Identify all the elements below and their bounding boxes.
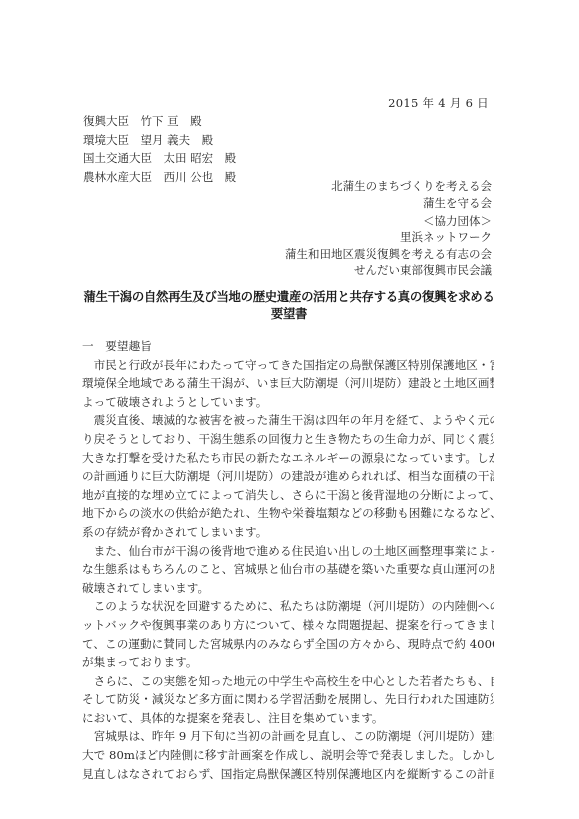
title-line-2: 要望書: [82, 305, 496, 322]
addressee-environment-minister: 環境大臣 望月 義夫 殿: [83, 131, 236, 150]
paragraph: 震災直後、壊滅的な被害を被った蒲生干潟は四年の年月を経て、ようやく元の自然を取 …: [82, 411, 494, 541]
cooperation-label: ＜協力団体＞: [285, 213, 492, 230]
paragraph-line: て、この運動に賛同した宮城県内のみならず全国の方々から、現時点で約 4000 名…: [82, 635, 494, 654]
paragraph-line: 市民と行政が長年にわたって守ってきた国指定の鳥獣保護区特別保護地区・宮城県自然: [82, 356, 494, 375]
cooperating-organization: せんだい東部復興市民会議: [285, 262, 492, 279]
paragraph: また、仙台市が干潟の後背地で進める住民追い出しの土地区画整理事業によって、貴重 …: [82, 542, 494, 598]
addressee-land-transport-minister: 国土交通大臣 太田 昭宏 殿: [83, 149, 236, 168]
paragraph-line: 見直しはなされておらず、国指定鳥獣保護区特別保護地区内を縦断するこの計画案では事: [82, 765, 494, 784]
paragraph-line: 大で 80mほど内陸側に移す計画案を作成し、説明会等で発表しました。しかし、根本…: [82, 746, 494, 765]
addressee-agriculture-minister: 農林水産大臣 西川 公也 殿: [83, 168, 236, 187]
cooperating-organization: 里浜ネットワーク: [285, 229, 492, 246]
paragraph-line: ットバックや復興事業のあり方について、様々な問題提起、提案を行ってきました。そし: [82, 616, 494, 635]
paragraph-line: さらに、この実態を知った地元の中学生や高校生を中心とした若者たちも、自然や歴史、: [82, 672, 494, 691]
cooperating-organization: 蒲生和田地区震災復興を考える有志の会: [285, 246, 492, 263]
addressee-list: 復興大臣 竹下 亘 殿 環境大臣 望月 義夫 殿 国土交通大臣 太田 昭宏 殿 …: [83, 112, 236, 186]
document-date: 2015 年 4 月 6 日: [388, 95, 489, 111]
paragraph-line: 破壊されてしまいます。: [82, 579, 494, 598]
paragraph: 宮城県は、昨年 9 月下旬に当初の計画を見直し、この防潮堤（河川堤防）建設位置を…: [82, 727, 494, 783]
sender-block: 北蒲生のまちづくりを考える会 蒲生を守る会 ＜協力団体＞ 里浜ネットワーク 蒲生…: [285, 178, 492, 279]
paragraph-line: 系の存続が脅かされてしまいます。: [82, 523, 494, 542]
paragraph-line: 大きな打撃を受けた私たち市民の新たなエネルギーの源泉になっています。しかし、現状: [82, 449, 494, 468]
paragraph-line: 地下からの淡水の供給が絶たれ、生物や栄養塩類などの移動も困難になるなど、干潟生態: [82, 504, 494, 523]
paragraph-line: また、仙台市が干潟の後背地で進める住民追い出しの土地区画整理事業によって、貴重: [82, 542, 494, 561]
paragraph-line: り戻そうとしており、干潟生態系の回復力と生き物たちの生命力が、同じく震災によって: [82, 430, 494, 449]
sender-organization: 北蒲生のまちづくりを考える会: [285, 178, 492, 195]
paragraph-line: 震災直後、壊滅的な被害を被った蒲生干潟は四年の年月を経て、ようやく元の自然を取: [82, 411, 494, 430]
paragraph-line: 地が直接的な埋め立てによって消失し、さらに干潟と後背湿地の分断によって、内陸側や: [82, 486, 494, 505]
document-page: 2015 年 4 月 6 日 復興大臣 竹下 亘 殿 環境大臣 望月 義夫 殿 …: [0, 0, 579, 819]
paragraph-line: 環境保全地域である蒲生干潟が、いま巨大防潮堤（河川堤防）建設と土地区画整理事業に: [82, 374, 494, 393]
paragraph-line: の計画通りに巨大防潮堤（河川堤防）の建設が進められれば、相当な面積の干潟や後背湿: [82, 467, 494, 486]
paragraph-line: このような状況を回避するために、私たちは防潮堤（河川堤防）の内陸側への大幅なセ: [82, 597, 494, 616]
addressee-reconstruction-minister: 復興大臣 竹下 亘 殿: [83, 112, 236, 131]
paragraph-line: 宮城県は、昨年 9 月下旬に当初の計画を見直し、この防潮堤（河川堤防）建設位置を…: [82, 727, 494, 746]
paragraph-line: そして防災・減災など多方面に関わる学習活動を展開し、先日行われた国連防災世界会議: [82, 690, 494, 709]
document-body: 一 要望趣旨 市民と行政が長年にわたって守ってきた国指定の鳥獣保護区特別保護地区…: [82, 337, 494, 783]
paragraph-line: な生態系はもちろんのこと、宮城県と仙台市の基礎を築いた重要な貞山運河の歴史遺産も: [82, 560, 494, 579]
paragraph-line: において、具体的な提案を発表し、注目を集めています。: [82, 709, 494, 728]
paragraph: さらに、この実態を知った地元の中学生や高校生を中心とした若者たちも、自然や歴史、…: [82, 672, 494, 728]
paragraph-line: が集まっております。: [82, 653, 494, 672]
paragraph: 市民と行政が長年にわたって守ってきた国指定の鳥獣保護区特別保護地区・宮城県自然 …: [82, 356, 494, 412]
paragraph-line: よって破壊されようとしています。: [82, 393, 494, 412]
title-line-1: 蒲生干潟の自然再生及び当地の歴史遺産の活用と共存する真の復興を求める: [82, 288, 496, 305]
sender-organization: 蒲生を守る会: [285, 195, 492, 212]
section-heading: 一 要望趣旨: [82, 337, 494, 356]
document-title: 蒲生干潟の自然再生及び当地の歴史遺産の活用と共存する真の復興を求める 要望書: [82, 288, 496, 322]
paragraph: このような状況を回避するために、私たちは防潮堤（河川堤防）の内陸側への大幅なセ …: [82, 597, 494, 671]
